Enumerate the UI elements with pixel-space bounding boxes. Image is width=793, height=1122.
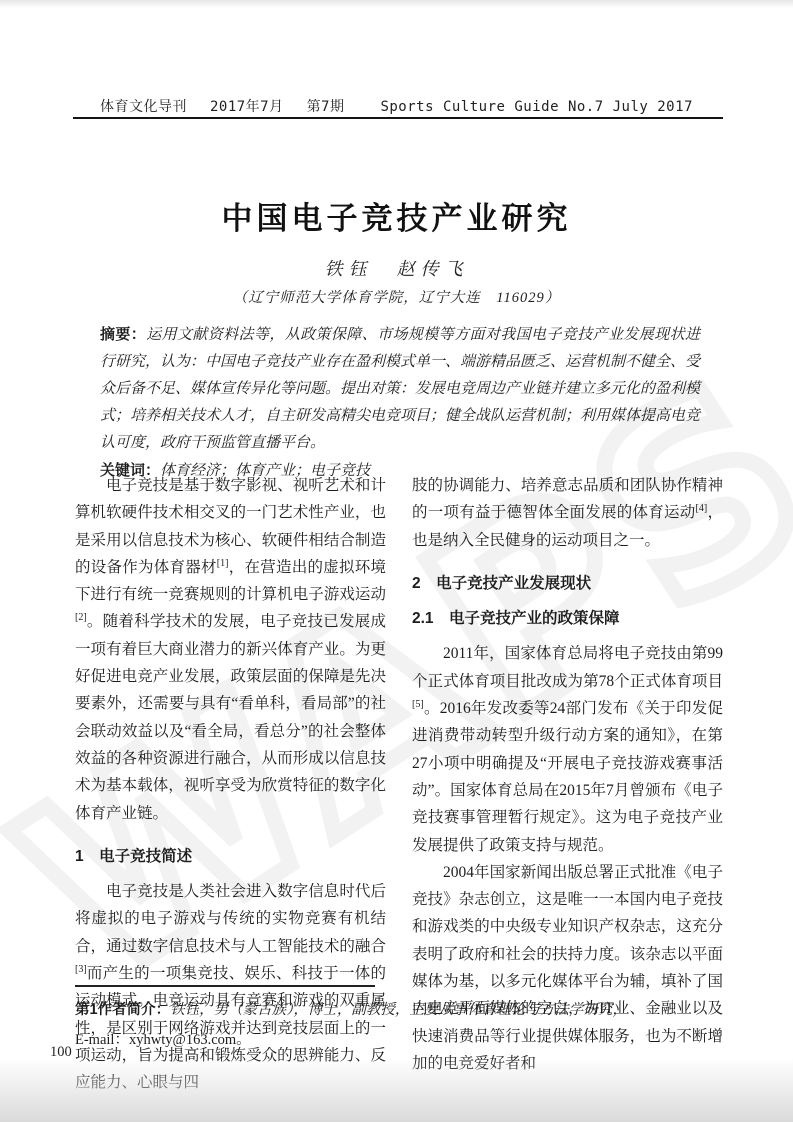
author-bio-line: 第1作者简介：铁钰，男（蒙古族），博士，副教授，主要从事体育理论与方法学研究，: [75, 995, 725, 1025]
author-bio: 第1作者简介：铁钰，男（蒙古族），博士，副教授，主要从事体育理论与方法学研究， …: [75, 995, 725, 1055]
abstract-paragraph: 摘要：运用文献资料法等，从政策保障、市场规模等方面对我国电子竞技产业发展现状进行…: [100, 321, 700, 457]
abstract-label: 摘要：: [100, 326, 146, 343]
body-paragraph: 电子竞技是基于数字影视、视听艺术和计算机软硬件技术相交叉的一门艺术性产业，也是采…: [75, 472, 386, 827]
journal-name-en: Sports Culture Guide No.7 July 2017: [380, 99, 693, 115]
email-address: xyhwty@163.com。: [129, 1032, 251, 1048]
affiliation-line: （辽宁师范大学体育学院，辽宁大连 116029）: [0, 286, 793, 307]
abstract-block: 摘要：运用文献资料法等，从政策保障、市场规模等方面对我国电子竞技产业发展现状进行…: [100, 321, 700, 485]
body-paragraph: 肢的协调能力、培养意志品质和团队协作精神的一项有益于德智体全面发展的体育运动[4…: [412, 472, 723, 554]
header-rule: [73, 117, 723, 119]
page-number: 100: [50, 1044, 72, 1061]
author-bio-label: 第1作者简介：: [75, 1002, 170, 1018]
paper-page: WAPS 体育文化导刊 2017年7月 第7期 Sports Culture G…: [0, 0, 793, 1122]
author-bio-text: 铁钰，男（蒙古族），博士，副教授，主要从事体育理论与方法学研究，: [170, 1002, 627, 1018]
article-title: 中国电子竞技产业研究: [0, 193, 793, 238]
issue-date: 2017年7月: [210, 99, 284, 115]
body-paragraph: 2011年，国家体育总局将电子竞技由第99个正式体育项目批改成为第78个正式体育…: [412, 640, 723, 858]
email-label: E-mail：: [75, 1032, 129, 1048]
section-heading: 2 电子竞技产业发展现状: [412, 570, 723, 597]
body-paragraph: 电子竞技是人类社会进入数字信息时代后将虚拟的电子游戏与传统的实物竞赛有机结合，通…: [75, 878, 386, 1096]
authors-line: 铁钰 赵传飞: [0, 255, 793, 281]
issue-number: 第7期: [307, 99, 345, 115]
section-heading: 2.1 电子竞技产业的政策保障: [412, 605, 723, 632]
journal-name-cn: 体育文化导刊: [100, 99, 187, 115]
email-line: E-mail：xyhwty@163.com。: [75, 1025, 725, 1055]
running-head: 体育文化导刊 2017年7月 第7期 Sports Culture Guide …: [0, 96, 793, 116]
abstract-text: 运用文献资料法等，从政策保障、市场规模等方面对我国电子竞技产业发展现状进行研究，…: [100, 327, 700, 451]
footnote-rule: [75, 985, 375, 987]
section-heading: 1 电子竞技简述: [75, 843, 386, 870]
